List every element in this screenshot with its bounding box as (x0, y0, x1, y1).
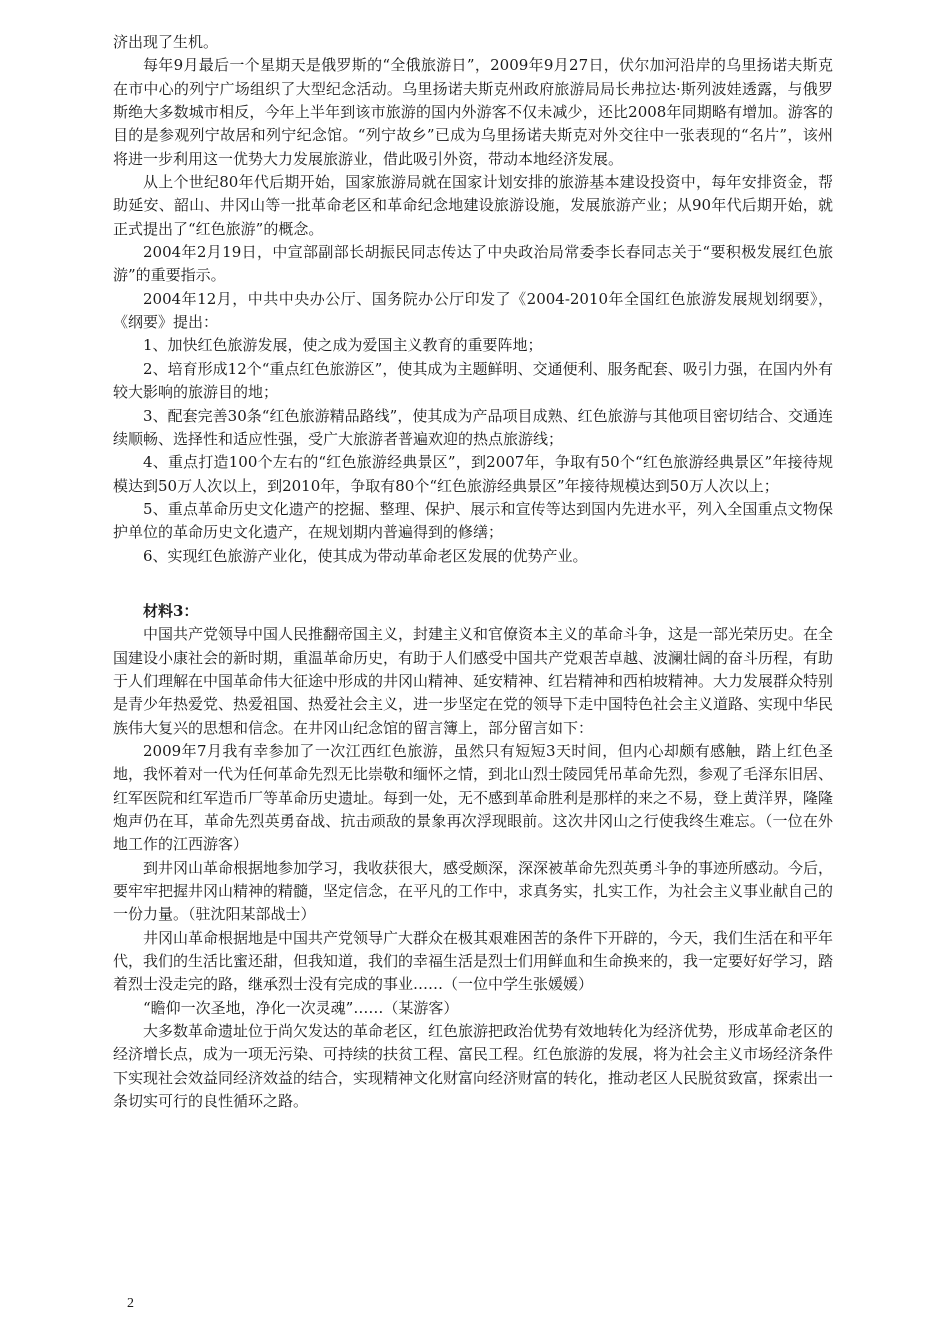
paragraph: 井冈山革命根据地是中国共产党领导广大群众在极其艰难困苦的条件下开辟的，今天，我们… (113, 927, 833, 997)
document-page: 济出现了生机。 每年9月最后一个星期天是俄罗斯的“全俄旅游日”，2009年9月2… (113, 31, 833, 1113)
list-item: 4、重点打造100个左右的“红色旅游经典景区”，到2007年，争取有50个“红色… (113, 451, 833, 498)
paragraph: 大多数革命遗址位于尚欠发达的革命老区，红色旅游把政治优势有效地转化为经济优势，形… (113, 1020, 833, 1113)
section-gap (113, 568, 833, 596)
page-number: 2 (127, 1296, 134, 1312)
paragraph: 到井冈山革命根据地参加学习，我收获很大，感受颇深，深深被革命先烈英勇斗争的事迹所… (113, 857, 833, 927)
list-item: 3、配套完善30条“红色旅游精品路线”，使其成为产品项目成熟、红色旅游与其他项目… (113, 405, 833, 452)
paragraph: 济出现了生机。 (113, 31, 833, 54)
paragraph: “瞻仰一次圣地，净化一次灵魂”……（某游客） (113, 997, 833, 1020)
paragraph: 从上个世纪80年代后期开始，国家旅游局就在国家计划安排的旅游基本建设投资中，每年… (113, 171, 833, 241)
list-item: 2、培育形成12个“重点红色旅游区”，使其成为主题鲜明、交通便利、服务配套、吸引… (113, 358, 833, 405)
list-item: 6、实现红色旅游产业化，使其成为带动革命老区发展的优势产业。 (113, 545, 833, 568)
paragraph: 2009年7月我有幸参加了一次江西红色旅游，虽然只有短短3天时间，但内心却颇有感… (113, 740, 833, 857)
paragraph: 2004年12月，中共中央办公厅、国务院办公厅印发了《2004-2010年全国红… (113, 288, 833, 335)
material-3: 中国共产党领导中国人民推翻帝国主义，封建主义和官僚资本主义的革命斗争，这是一部光… (113, 623, 833, 1113)
paragraph: 中国共产党领导中国人民推翻帝国主义，封建主义和官僚资本主义的革命斗争，这是一部光… (113, 623, 833, 740)
section-heading: 材料3： (113, 600, 833, 623)
paragraph: 每年9月最后一个星期天是俄罗斯的“全俄旅游日”，2009年9月27日，伏尔加河沿… (113, 54, 833, 171)
list-item: 1、加快红色旅游发展，使之成为爱国主义教育的重要阵地； (113, 334, 833, 357)
list-item: 5、重点革命历史文化遗产的挖掘、整理、保护、展示和宣传等达到国内先进水平，列入全… (113, 498, 833, 545)
paragraph: 2004年2月19日，中宣部副部长胡振民同志传达了中央政治局常委李长春同志关于“… (113, 241, 833, 288)
material-2-continued: 济出现了生机。 每年9月最后一个星期天是俄罗斯的“全俄旅游日”，2009年9月2… (113, 31, 833, 568)
